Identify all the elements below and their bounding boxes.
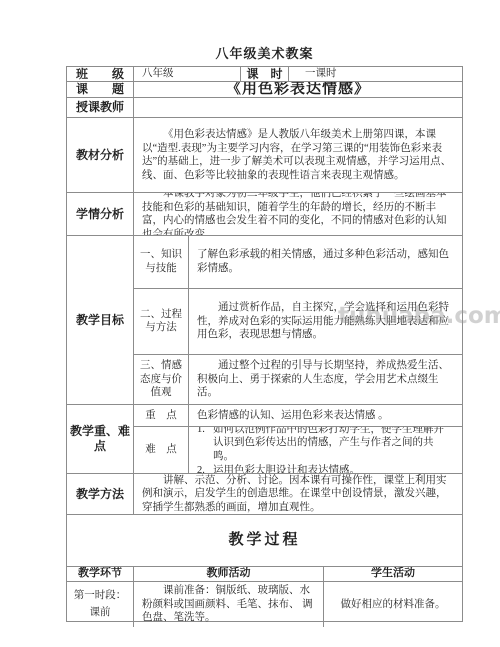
document-title: 八年级美术教案 — [66, 43, 463, 62]
topic-row: 课 题 《用色彩表达情感》 — [67, 82, 462, 98]
key-point-row: 重 点 色彩情感的认知、运用色彩来表达情感 。 — [134, 405, 462, 427]
objective-emotion-sublabel: 三、情感态度与价值观 — [134, 355, 189, 404]
process-title-row: 教学过程 — [67, 515, 462, 567]
difficult-item-2: 2. 运用色彩大胆设计和表达情感。 — [197, 464, 454, 473]
objective-knowledge-row: 一、知识与技能 了解色彩承载的相关情感，通过多种色彩活动，感知色彩情感。 — [134, 236, 462, 289]
material-analysis-label: 教材分析 — [67, 118, 134, 192]
objective-process-sublabel: 二、过程与方法 — [134, 289, 189, 355]
teacher-value-cell — [134, 98, 462, 117]
process-stage1-student-cell: 做好相应的材料准备。 — [324, 582, 462, 627]
difficult-point-cell: 1. 如何以范例作品中的色彩打动学生，使学生理解并认识到色彩传达出的情感，产生与… — [189, 427, 462, 473]
teacher-label: 授课教师 — [67, 98, 134, 117]
objectives-section: 教学目标 一、知识与技能 了解色彩承载的相关情感，通过多种色彩活动，感知色彩情感… — [67, 236, 462, 405]
difficult-item-1-number: 1. — [197, 427, 213, 463]
difficult-item-2-number: 2. — [197, 464, 213, 473]
process-header-row: 教学环节 教师活动 学生活动 — [67, 567, 462, 582]
class-value: 八年级 — [134, 67, 241, 81]
material-analysis-row: 教材分析 《用色彩表达情感》是人教版八年级美术上册第四课，本课以“造型.表现”为… — [67, 118, 462, 193]
teacher-row: 授课教师 — [67, 98, 462, 118]
process-header-teacher: 教师活动 — [134, 567, 324, 581]
key-difficult-section: 教学重、难点 重 点 色彩情感的认知、运用色彩来表达情感 。 难 点 1. 如何… — [67, 405, 462, 474]
process-stage1-row: 第一时段： 课前 课前准备：铜版纸、玻璃版、水粉颜料或国画颜料、毛笔、抹布、 调… — [67, 582, 462, 627]
key-difficult-label: 教学重、难点 — [67, 405, 134, 473]
objective-process-cell: 通过赏析作品，自主探究，学会选择和运用色彩特性，养成对色彩的实际运用能力能熟练大… — [189, 289, 462, 355]
period-value: 一课时 — [289, 67, 462, 81]
topic-label: 课 题 — [67, 82, 134, 97]
difficult-item-1: 1. 如何以范例作品中的色彩打动学生，使学生理解并认识到色彩传达出的情感，产生与… — [197, 427, 454, 463]
objective-process-row: 二、过程与方法 通过赏析作品，自主探究，学会选择和运用色彩特性，养成对色彩的实际… — [134, 289, 462, 356]
process-header-student: 学生活动 — [324, 567, 462, 581]
objective-process-text: 通过赏析作品，自主探究，学会选择和运用色彩特性，养成对色彩的实际运用能力能熟练大… — [197, 301, 454, 342]
process-stage1-line1: 第一时段： — [74, 587, 127, 604]
learner-analysis-label: 学情分析 — [67, 193, 134, 235]
process-stage1-teacher-cell: 课前准备：铜版纸、玻璃版、水粉颜料或国画颜料、毛笔、抹布、 调色盘、笔洗等。 — [134, 582, 324, 627]
learner-analysis-row: 学情分析 本课教学对象为初二年级学生，他们已经积累了一些绘画基本技能和色彩的基础… — [67, 193, 462, 236]
difficult-item-2-text: 运用色彩大胆设计和表达情感。 — [213, 464, 454, 473]
methods-cell: 讲解、示范、分析、讨论。因本课有可操作性，课堂上利用实例和演示，启发学生的创造思… — [134, 474, 462, 514]
difficult-item-1-text: 如何以范例作品中的色彩打动学生，使学生理解并认识到色彩传达出的情感，产生与作者之… — [213, 427, 454, 463]
objective-emotion-row: 三、情感态度与价值观 通过整个过程的引导与长期坚持，养成热爱生活、积极向上、勇于… — [134, 355, 462, 404]
objectives-label: 教学目标 — [67, 236, 134, 404]
objective-emotion-text: 通过整个过程的引导与长期坚持，养成热爱生活、积极向上、勇于探索的人生态度，学会用… — [197, 359, 454, 400]
objective-knowledge-sublabel: 一、知识与技能 — [134, 236, 189, 288]
process-header-stage: 教学环节 — [67, 567, 134, 581]
material-analysis-text: 《用色彩表达情感》是人教版八年级美术上册第四课，本课以“造型.表现”为主要学习内… — [142, 128, 454, 182]
key-point-sublabel: 重 点 — [134, 405, 189, 426]
objectives-subrows: 一、知识与技能 了解色彩承载的相关情感，通过多种色彩活动，感知色彩情感。 二、过… — [134, 236, 462, 404]
material-analysis-cell: 《用色彩表达情感》是人教版八年级美术上册第四课，本课以“造型.表现”为主要学习内… — [134, 118, 462, 192]
objective-knowledge-cell: 了解色彩承载的相关情感，通过多种色彩活动，感知色彩情感。 — [189, 236, 462, 288]
key-difficult-subrows: 重 点 色彩情感的认知、运用色彩来表达情感 。 难 点 1. 如何以范例作品中的… — [134, 405, 462, 473]
process-stage1-line2: 课前 — [90, 604, 111, 621]
process-stage1-stage-cell: 第一时段： 课前 — [67, 582, 134, 627]
document-page: 八年级美术教案 班 级 八年级 课 时 一课时 课 题 《用色彩表达情感》 授课… — [0, 0, 500, 647]
methods-row: 教学方法 讲解、示范、分析、讨论。因本课有可操作性，课堂上利用实例和演示，启发学… — [67, 474, 462, 515]
methods-label: 教学方法 — [67, 474, 134, 514]
topic-value-cell: 《用色彩表达情感》 — [134, 82, 462, 97]
learner-analysis-cell: 本课教学对象为初二年级学生，他们已经积累了一些绘画基本技能和色彩的基础知识，随着… — [134, 193, 462, 235]
class-label: 班 级 — [67, 67, 134, 81]
objective-emotion-cell: 通过整个过程的引导与长期坚持，养成热爱生活、积极向上、勇于探索的人生态度，学会用… — [189, 355, 462, 404]
period-label: 课 时 — [241, 67, 289, 81]
lesson-plan-table: 班 级 八年级 课 时 一课时 课 题 《用色彩表达情感》 授课教师 教材分析 … — [66, 66, 463, 622]
key-point-text: 色彩情感的认知、运用色彩来表达情感 。 — [197, 409, 454, 423]
class-period-row: 班 级 八年级 课 时 一课时 — [67, 67, 462, 82]
process-title: 教学过程 — [228, 534, 300, 548]
learner-analysis-text: 本课教学对象为初二年级学生，他们已经积累了一些绘画基本技能和色彩的基础知识，随着… — [142, 193, 454, 235]
methods-text: 讲解、示范、分析、讨论。因本课有可操作性，课堂上利用实例和演示，启发学生的创造思… — [142, 474, 454, 514]
topic-value: 《用色彩表达情感》 — [226, 83, 370, 97]
difficult-point-list: 1. 如何以范例作品中的色彩打动学生，使学生理解并认识到色彩传达出的情感，产生与… — [197, 427, 454, 473]
difficult-point-row: 难 点 1. 如何以范例作品中的色彩打动学生，使学生理解并认识到色彩传达出的情感… — [134, 427, 462, 473]
process-stage1-teacher-text: 课前准备：铜版纸、玻璃版、水粉颜料或国画颜料、毛笔、抹布、 调色盘、笔洗等。 — [142, 584, 315, 625]
process-title-cell: 教学过程 — [67, 515, 462, 566]
process-stage1-student-text: 做好相应的材料准备。 — [341, 598, 446, 612]
difficult-point-sublabel: 难 点 — [134, 427, 189, 473]
key-point-cell: 色彩情感的认知、运用色彩来表达情感 。 — [189, 405, 462, 426]
objective-knowledge-text: 了解色彩承载的相关情感，通过多种色彩活动，感知色彩情感。 — [197, 248, 454, 275]
